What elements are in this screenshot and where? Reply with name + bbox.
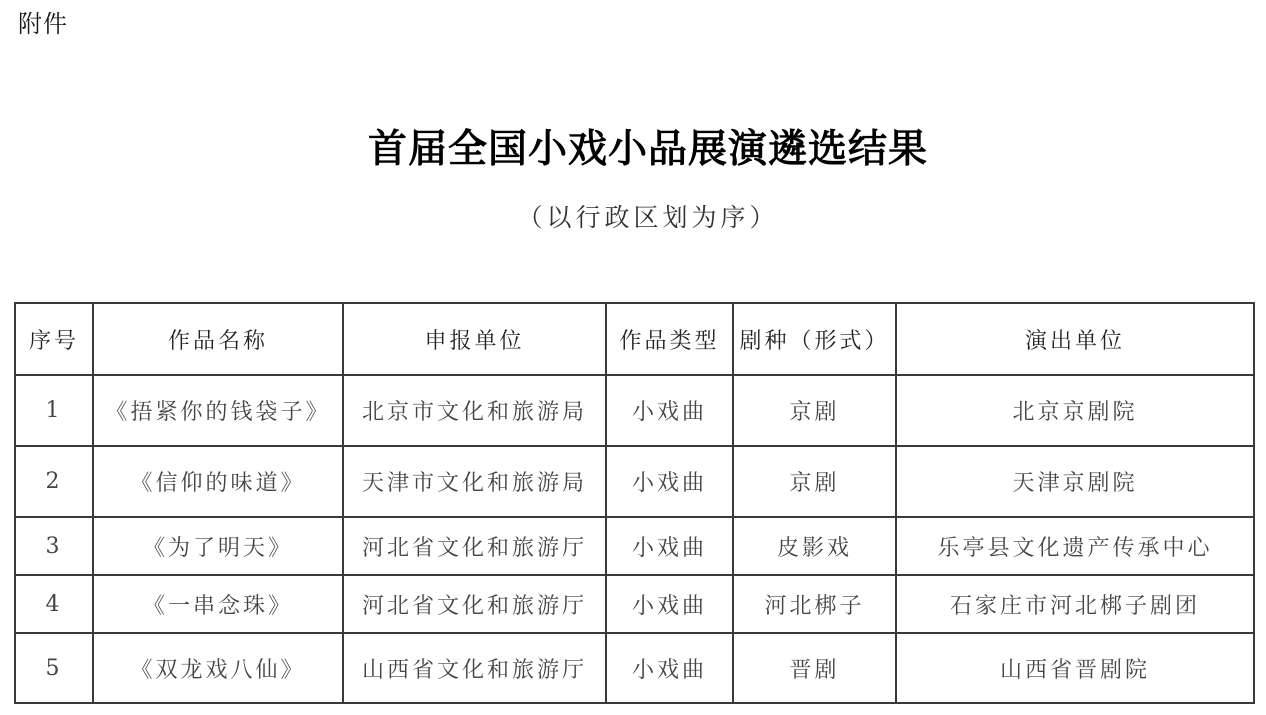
table-row: 3 《为了明天》 河北省文化和旅游厅 小戏曲 皮影戏 乐亭县文化遗产传承中心 bbox=[15, 517, 1254, 575]
cell-work-type: 小戏曲 bbox=[606, 375, 733, 446]
cell-applicant: 山西省文化和旅游厅 bbox=[343, 633, 606, 703]
cell-genre: 晋剧 bbox=[733, 633, 896, 703]
table-row: 1 《捂紧你的钱袋子》 北京市文化和旅游局 小戏曲 京剧 北京京剧院 bbox=[15, 375, 1254, 446]
document-title: 首届全国小戏小品展演遴选结果 bbox=[0, 118, 1266, 174]
table-row: 2 《信仰的味道》 天津市文化和旅游局 小戏曲 京剧 天津京剧院 bbox=[15, 446, 1254, 517]
cell-applicant: 北京市文化和旅游局 bbox=[343, 375, 606, 446]
cell-work-type: 小戏曲 bbox=[606, 633, 733, 703]
attachment-label: 附件 bbox=[18, 4, 68, 39]
results-table: 序号 作品名称 申报单位 作品类型 剧种（形式） 演出单位 1 《捂紧你的钱袋子… bbox=[14, 302, 1255, 704]
column-header-genre: 剧种（形式） bbox=[733, 303, 896, 375]
cell-index: 4 bbox=[15, 575, 93, 633]
cell-index: 1 bbox=[15, 375, 93, 446]
cell-work-name: 《信仰的味道》 bbox=[93, 446, 343, 517]
table-row: 4 《一串念珠》 河北省文化和旅游厅 小戏曲 河北梆子 石家庄市河北梆子剧团 bbox=[15, 575, 1254, 633]
cell-genre: 皮影戏 bbox=[733, 517, 896, 575]
cell-work-name: 《为了明天》 bbox=[93, 517, 343, 575]
cell-applicant: 河北省文化和旅游厅 bbox=[343, 575, 606, 633]
cell-performer: 天津京剧院 bbox=[896, 446, 1254, 517]
cell-performer: 北京京剧院 bbox=[896, 375, 1254, 446]
cell-index: 5 bbox=[15, 633, 93, 703]
column-header-performer: 演出单位 bbox=[896, 303, 1254, 375]
cell-performer: 石家庄市河北梆子剧团 bbox=[896, 575, 1254, 633]
cell-work-type: 小戏曲 bbox=[606, 446, 733, 517]
column-header-applicant: 申报单位 bbox=[343, 303, 606, 375]
cell-work-name: 《捂紧你的钱袋子》 bbox=[93, 375, 343, 446]
cell-performer: 乐亭县文化遗产传承中心 bbox=[896, 517, 1254, 575]
cell-genre: 京剧 bbox=[733, 446, 896, 517]
column-header-index: 序号 bbox=[15, 303, 93, 375]
cell-work-name: 《双龙戏八仙》 bbox=[93, 633, 343, 703]
cell-genre: 河北梆子 bbox=[733, 575, 896, 633]
cell-applicant: 河北省文化和旅游厅 bbox=[343, 517, 606, 575]
cell-index: 2 bbox=[15, 446, 93, 517]
cell-genre: 京剧 bbox=[733, 375, 896, 446]
document-subtitle: （以行政区划为序） bbox=[0, 198, 1266, 234]
table-row: 5 《双龙戏八仙》 山西省文化和旅游厅 小戏曲 晋剧 山西省晋剧院 bbox=[15, 633, 1254, 703]
cell-index: 3 bbox=[15, 517, 93, 575]
cell-work-type: 小戏曲 bbox=[606, 575, 733, 633]
cell-performer: 山西省晋剧院 bbox=[896, 633, 1254, 703]
column-header-work-type: 作品类型 bbox=[606, 303, 733, 375]
cell-applicant: 天津市文化和旅游局 bbox=[343, 446, 606, 517]
column-header-work-name: 作品名称 bbox=[93, 303, 343, 375]
cell-work-name: 《一串念珠》 bbox=[93, 575, 343, 633]
table-header-row: 序号 作品名称 申报单位 作品类型 剧种（形式） 演出单位 bbox=[15, 303, 1254, 375]
cell-work-type: 小戏曲 bbox=[606, 517, 733, 575]
